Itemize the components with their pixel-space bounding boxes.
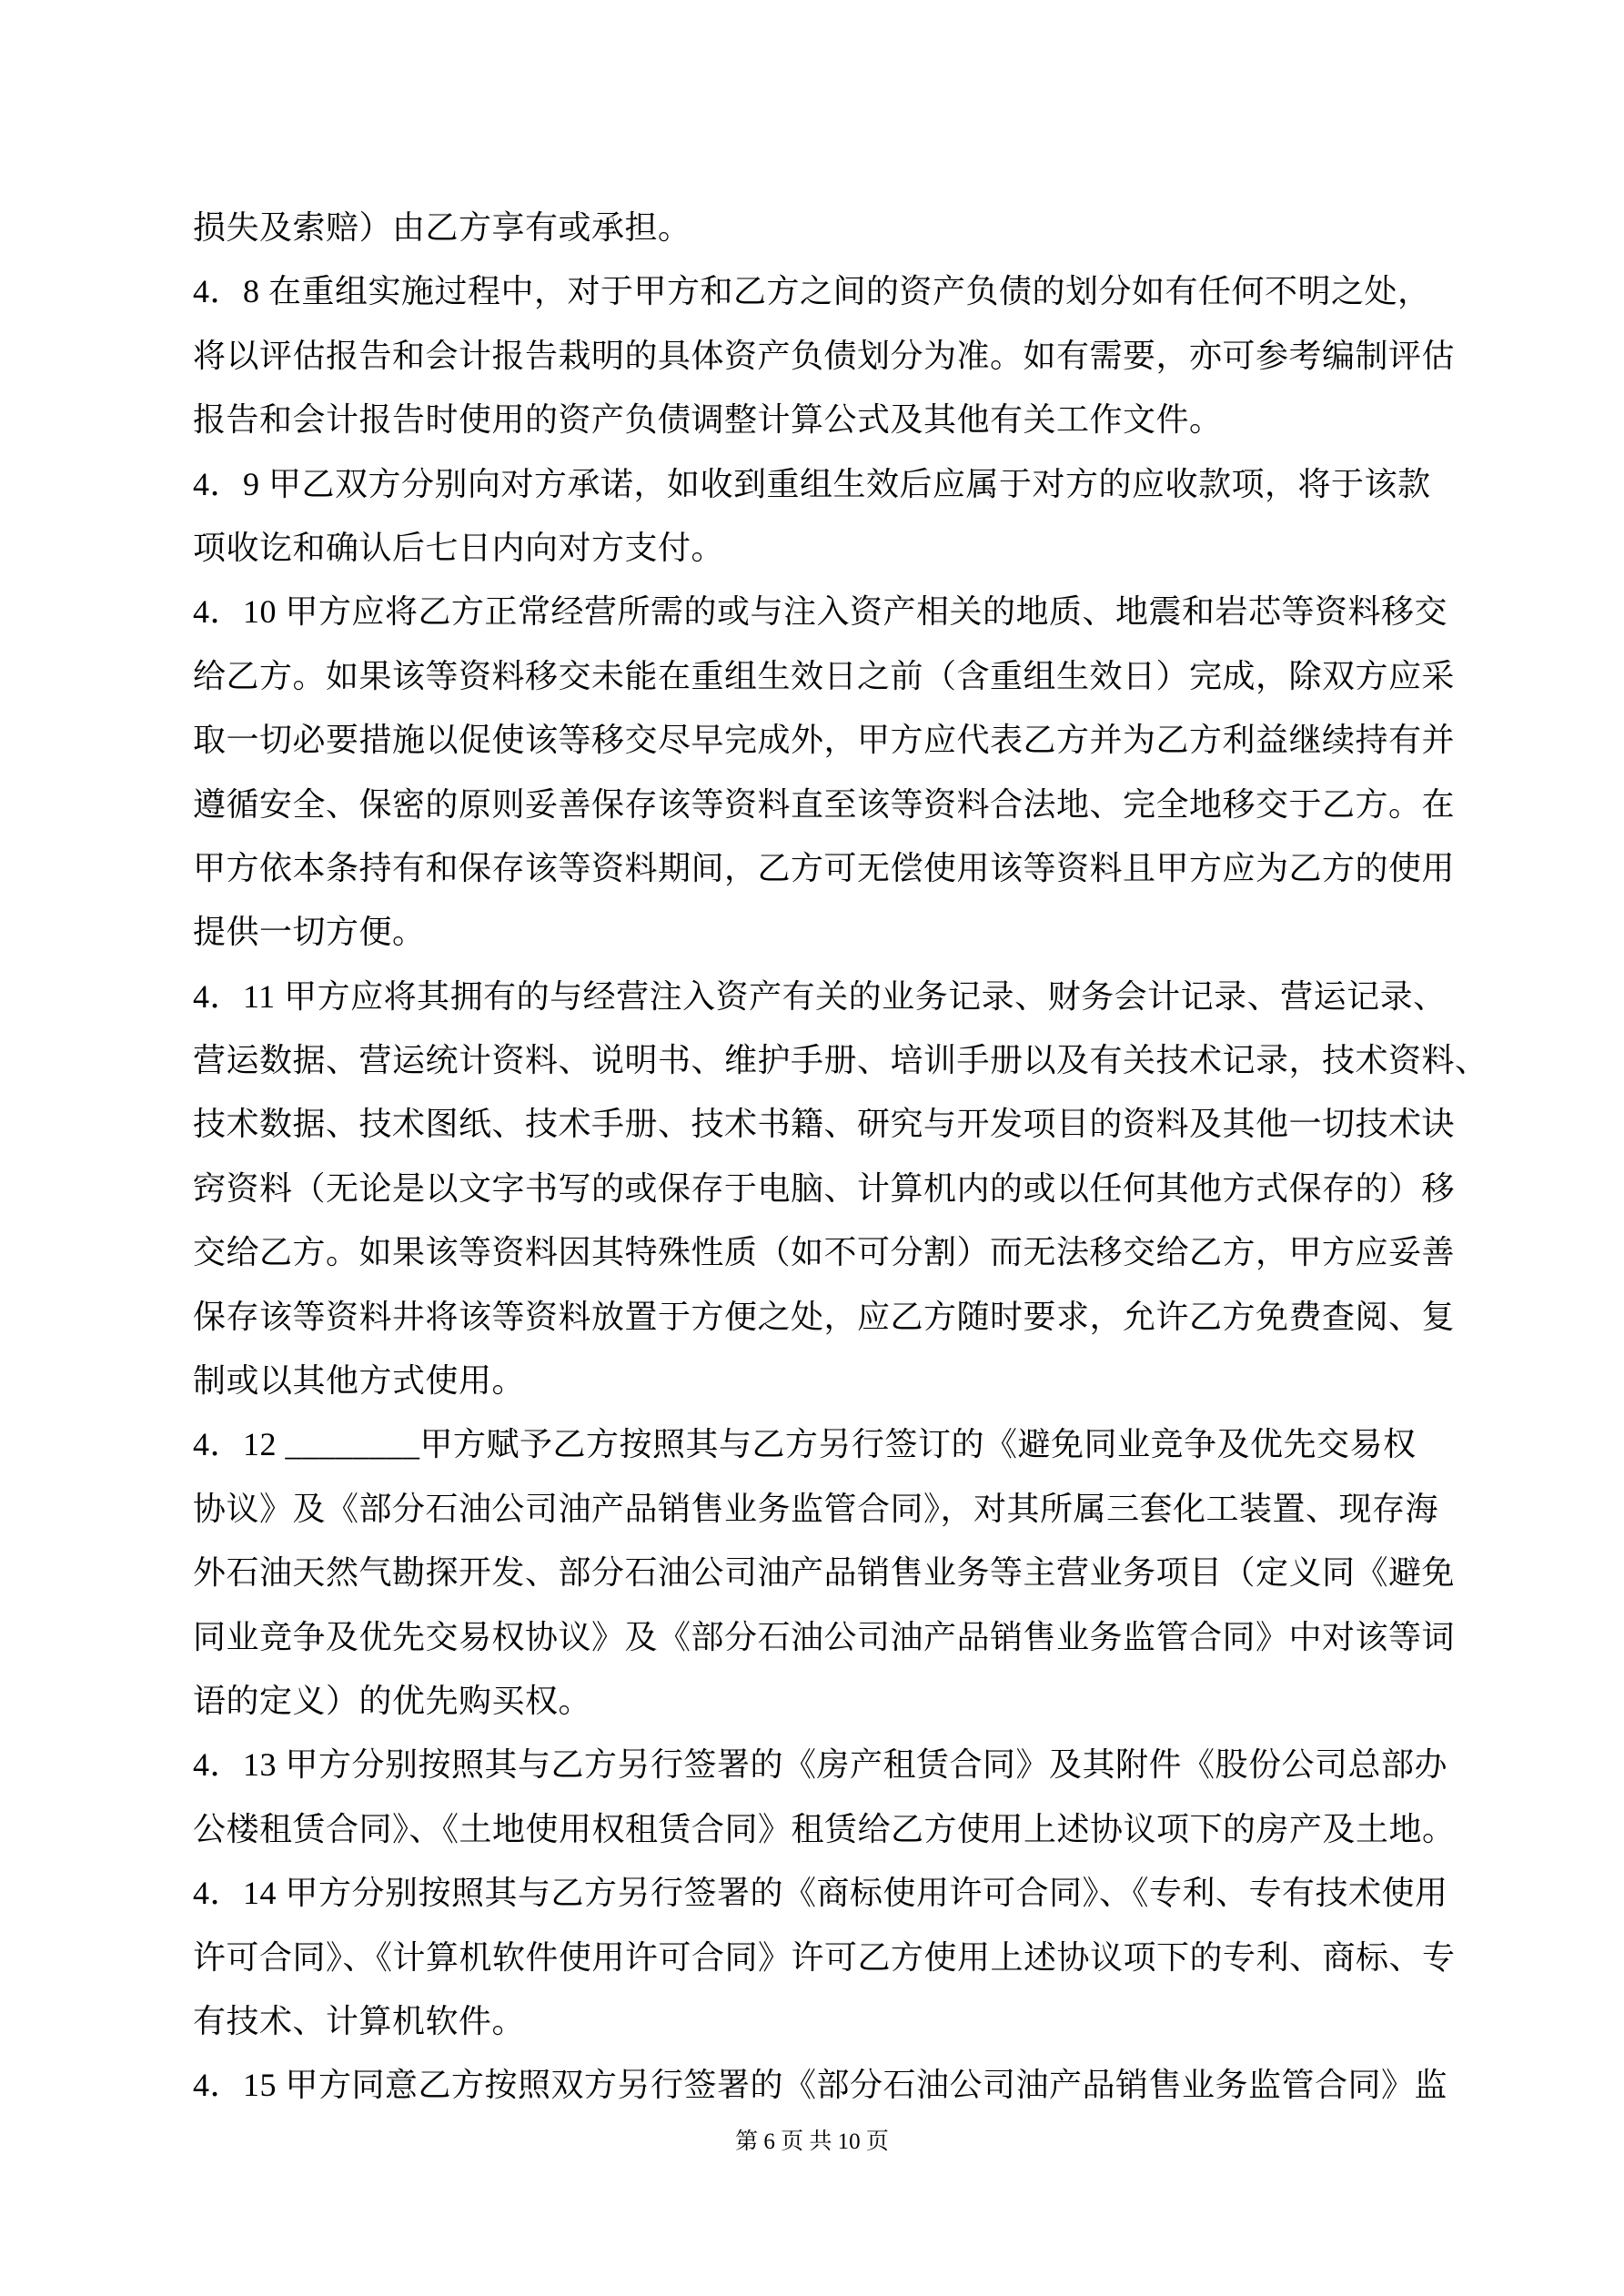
doc-line: 遵循安全、保密的原则妥善保存该等资料直至该等资料合法地、完全地移交于乙方。在 [193, 773, 1448, 836]
clause-4-10-line: 4．10 甲方应将乙方正常经营所需的或与注入资产相关的地质、地震和岩芯等资料移交 [193, 580, 1448, 643]
doc-line: 营运数据、营运统计资料、说明书、维护手册、培训手册以及有关技术记录，技术资料、 [193, 1028, 1448, 1092]
clause-4-9-line: 4．9 甲乙双方分别向对方承诺，如收到重组生效后应属于对方的应收款项，将于该款 [193, 452, 1448, 516]
document-page: 损失及索赔）由乙方享有或承担。 4．8 在重组实施过程中，对于甲方和乙方之间的资… [0, 0, 1624, 2296]
doc-line: 取一切必要措施以促使该等移交尽早完成外，甲方应代表乙方并为乙方利益继续持有并 [193, 708, 1448, 772]
doc-line: 损失及索赔）由乙方享有或承担。 [193, 196, 1448, 259]
doc-line: 提供一切方便。 [193, 900, 1448, 964]
clause-4-14-line: 4．14 甲方分别按照其与乙方另行签署的《商标使用许可合同》、《专利、专有技术使… [193, 1861, 1448, 1925]
doc-line: 交给乙方。如果该等资料因其特殊性质（如不可分割）而无法移交给乙方，甲方应妥善 [193, 1220, 1448, 1284]
clause-4-8-line: 4．8 在重组实施过程中，对于甲方和乙方之间的资产负债的划分如有任何不明之处， [193, 259, 1448, 323]
clause-4-11-line: 4．11 甲方应将其拥有的与经营注入资产有关的业务记录、财务会计记录、营运记录、 [193, 965, 1448, 1028]
doc-line: 协议》及《部分石油公司油产品销售业务监管合同》，对其所属三套化工装置、现存海 [193, 1477, 1448, 1541]
doc-line: 给乙方。如果该等资料移交未能在重组生效日之前（含重组生效日）完成，除双方应采 [193, 644, 1448, 708]
doc-line: 将以评估报告和会计报告栽明的具体资产负债划分为准。如有需要，亦可参考编制评估 [193, 324, 1448, 388]
clause-4-12-line-with-blank: 4．12 ________甲方赋予乙方按照其与乙方另行签订的《避免同业竞争及优先… [193, 1412, 1448, 1476]
doc-line: 同业竞争及优先交易权协议》及《部分石油公司油产品销售业务监管合同》中对该等词 [193, 1605, 1448, 1669]
doc-line: 制或以其他方式使用。 [193, 1349, 1448, 1412]
clause-4-15-line: 4．15 甲方同意乙方按照双方另行签署的《部分石油公司油产品销售业务监管合同》监 [193, 2053, 1448, 2117]
doc-line: 保存该等资料井将该等资料放置于方便之处，应乙方随时要求，允许乙方免费查阅、复 [193, 1285, 1448, 1349]
doc-line: 外石油天然气勘探开发、部分石油公司油产品销售业务等主营业务项目（定义同《避免 [193, 1541, 1448, 1604]
doc-line: 窍资料（无论是以文字书写的或保存于电脑、计算机内的或以任何其他方式保存的）移 [193, 1157, 1448, 1220]
document-body: 损失及索赔）由乙方享有或承担。 4．8 在重组实施过程中，对于甲方和乙方之间的资… [193, 196, 1448, 2118]
page-footer: 第 6 页 共 10 页 [0, 2128, 1624, 2157]
doc-line: 甲方依本条持有和保存该等资料期间，乙方可无偿使用该等资料且甲方应为乙方的使用 [193, 836, 1448, 900]
doc-line: 有技术、计算机软件。 [193, 1989, 1448, 2053]
doc-line: 语的定义）的优先购买权。 [193, 1669, 1448, 1733]
doc-line: 项收讫和确认后七日内向对方支付。 [193, 516, 1448, 580]
doc-line: 许可合同》、《计算机软件使用许可合同》许可乙方使用上述协议项下的专利、商标、专 [193, 1926, 1448, 1989]
doc-line: 公楼租赁合同》、《土地使用权租赁合同》租赁给乙方使用上述协议项下的房产及土地。 [193, 1797, 1448, 1861]
doc-line: 报告和会计报告时使用的资产负债调整计算公式及其他有关工作文件。 [193, 388, 1448, 451]
doc-line: 技术数据、技术图纸、技术手册、技术书籍、研究与开发项目的资料及其他一切技术诀 [193, 1092, 1448, 1156]
clause-4-13-line: 4．13 甲方分别按照其与乙方另行签署的《房产租赁合同》及其附件《股份公司总部办 [193, 1733, 1448, 1796]
